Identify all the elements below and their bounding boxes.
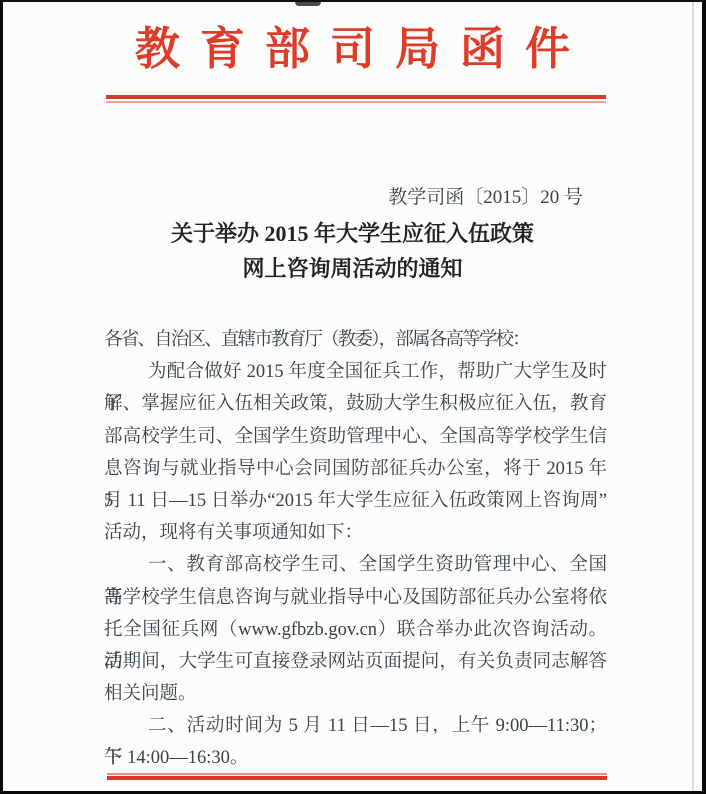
body-line: 等学校学生信息咨询与就业指导中心及国防部征兵办公室将依: [104, 582, 607, 614]
body-line: 午 14:00—16:30。: [104, 742, 607, 774]
footer-divider-line: [107, 773, 607, 780]
document-header-banner: 教育部司局函件: [3, 24, 702, 74]
divider-thick-rule: [107, 776, 607, 780]
header-divider-line: [106, 95, 606, 103]
body-line: 为配合做好 2015 年度全国征兵工作，帮助广大学生及时了: [104, 356, 607, 388]
body-line: 动期间，大学生可直接登录网站页面提问，有关负责同志解答: [104, 646, 607, 678]
body-line: 解、掌握应征入伍相关政策，鼓励大学生积极应征入伍，教育: [104, 388, 607, 420]
document-title-line2: 网上咨询周活动的通知: [3, 251, 702, 286]
body-line: 息咨询与就业指导中心会同国防部征兵办公室，将于 2015 年 5: [104, 453, 607, 485]
body-line: 相关问题。: [104, 678, 607, 710]
document-title-line1: 关于举办 2015 年大学生应征入伍政策: [3, 216, 702, 251]
scan-shadow-line: [692, 2, 694, 794]
body-line: 月 11 日—15 日举办“2015 年大学生应征入伍政策网上咨询周”: [104, 485, 607, 517]
body-line: 二、活动时间为 5 月 11 日—15 日，上午 9:00—11:30；下: [104, 710, 607, 742]
document-title: 关于举办 2015 年大学生应征入伍政策 网上咨询周活动的通知: [3, 216, 702, 286]
scanned-document-page: 教育部司局函件 教学司函〔2015〕20 号 关于举办 2015 年大学生应征入…: [0, 0, 706, 794]
body-line: 部高校学生司、全国学生资助管理中心、全国高等学校学生信: [104, 421, 607, 453]
document-number: 教学司函〔2015〕20 号: [388, 182, 583, 209]
scan-artifact-smudge: [295, 2, 321, 6]
document-body: 各省、自治区、直辖市教育厅（教委），部属各高等学校： 为配合做好 2015 年度…: [104, 324, 607, 775]
body-line: 托全国征兵网（www.gfbzb.gov.cn）联合举办此次咨询活动。活: [104, 614, 607, 646]
body-line: 一、教育部高校学生司、全国学生资助管理中心、全国高: [104, 549, 607, 581]
body-line: 各省、自治区、直辖市教育厅（教委），部属各高等学校：: [104, 324, 607, 356]
body-line: 活动，现将有关事项通知如下：: [104, 517, 607, 549]
divider-thin-rule: [106, 101, 606, 103]
